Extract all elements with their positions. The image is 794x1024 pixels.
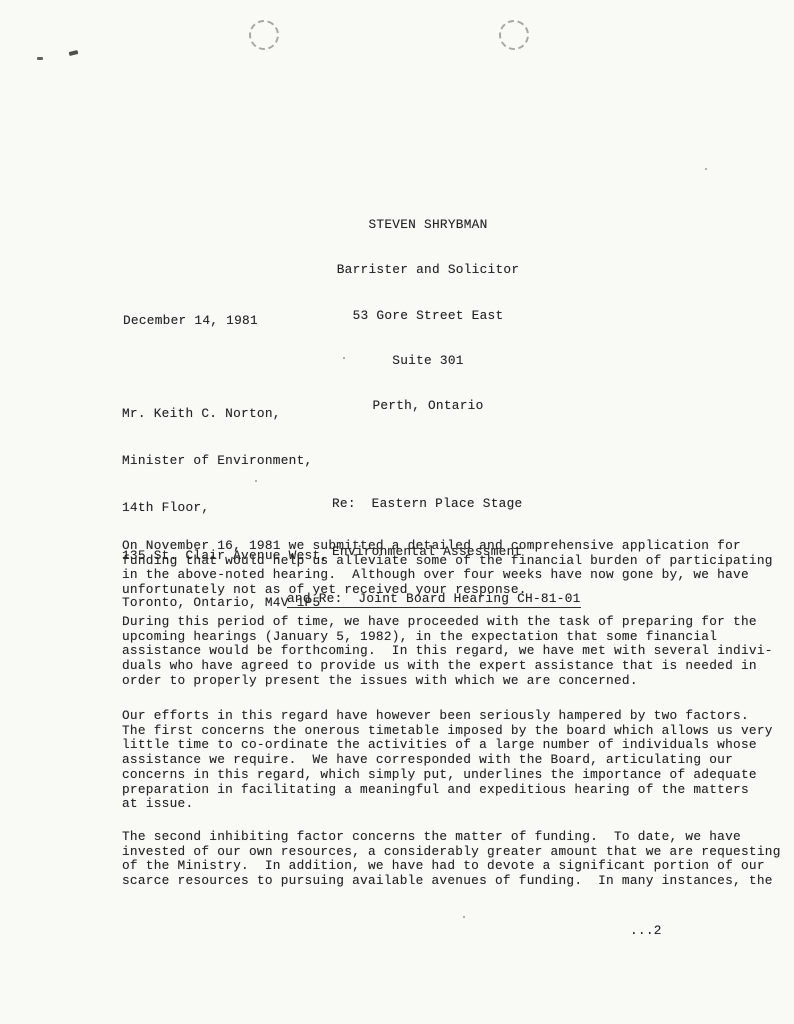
body-paragraph-2: During this period of time, we have proc… [122, 615, 773, 689]
pen-mark [69, 50, 79, 56]
pen-mark [37, 57, 43, 60]
letterhead-title: Barrister and Solicitor [253, 262, 603, 277]
letterhead-name: STEVEN SHRYBMAN [253, 217, 603, 232]
subject-line-1: Re: Eastern Place Stage [332, 496, 581, 512]
punch-hole-mark-left [245, 16, 283, 54]
date-line: December 14, 1981 [123, 313, 258, 329]
page-continuation-marker: ...2 [630, 924, 662, 939]
letter-page: STEVEN SHRYBMAN Barrister and Solicitor … [0, 0, 794, 1024]
punch-hole-mark-right [495, 16, 533, 54]
body-paragraph-1: On November 16, 1981 we submitted a deta… [122, 539, 773, 598]
scan-speck [705, 168, 707, 170]
letterhead-suite: Suite 301 [253, 353, 603, 368]
body-paragraph-4: The second inhibiting factor concerns th… [122, 830, 781, 889]
scan-speck [463, 916, 465, 918]
recipient-name: Mr. Keith C. Norton, [122, 406, 328, 422]
letterhead-street: 53 Gore Street East [253, 308, 603, 323]
body-paragraph-3: Our efforts in this regard have however … [122, 709, 773, 812]
